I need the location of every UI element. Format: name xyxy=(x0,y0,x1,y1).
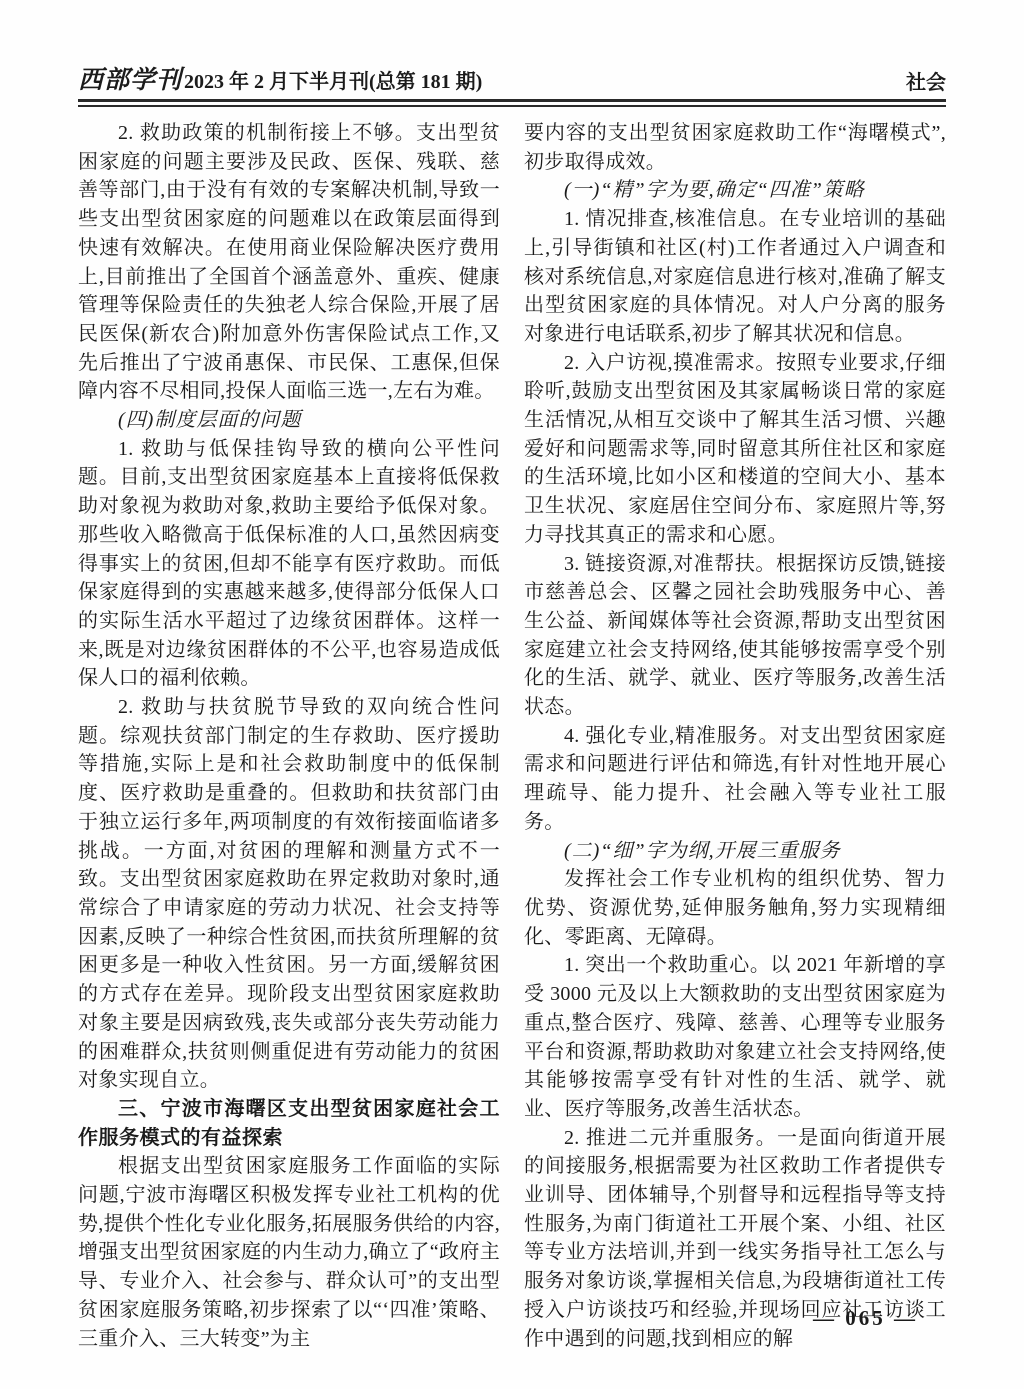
subsection-heading: (四)制度层面的问题 xyxy=(78,406,500,435)
journal-name: 西部学刊 xyxy=(78,67,182,94)
paragraph-continuation: 要内容的支出型贫困家庭救助工作“海曙模式”,初步取得成效。 xyxy=(524,119,946,176)
paragraph: 2. 救助与扶贫脱节导致的双向统合性问题。综观扶贫部门制定的生存救助、医疗援助等… xyxy=(78,693,500,1095)
article-body: 2. 救助政策的机制衔接上不够。支出型贫困家庭的问题主要涉及民政、医保、残联、慈… xyxy=(78,119,946,1353)
journal-page: 西部学刊2023 年 2 月下半月刊(总第 181 期) 社会 2. 救助政策的… xyxy=(0,0,1024,1389)
subsection-heading: (一)“精”字为要,确定“四准”策略 xyxy=(524,176,946,205)
right-column: 要内容的支出型贫困家庭救助工作“海曙模式”,初步取得成效。 (一)“精”字为要,… xyxy=(524,119,946,1353)
paragraph: 1. 突出一个救助重心。以 2021 年新增的享受 3000 元及以上大额救助的… xyxy=(524,951,946,1123)
paragraph: 4. 强化专业,精准服务。对支出型贫困家庭需求和问题进行评估和筛选,有针对性地开… xyxy=(524,722,946,837)
section-heading: 三、宁波市海曙区支出型贫困家庭社会工作服务模式的有益探索 xyxy=(78,1095,500,1152)
left-column: 2. 救助政策的机制衔接上不够。支出型贫困家庭的问题主要涉及民政、医保、残联、慈… xyxy=(78,119,500,1353)
paragraph: 发挥社会工作专业机构的组织优势、智力优势、资源优势,延伸服务触角,努力实现精细化… xyxy=(524,865,946,951)
issue-info: 2023 年 2 月下半月刊(总第 181 期) xyxy=(182,71,482,93)
paragraph: 2. 救助政策的机制衔接上不够。支出型贫困家庭的问题主要涉及民政、医保、残联、慈… xyxy=(78,119,500,406)
section-label: 社会 xyxy=(906,73,946,93)
paragraph: 2. 入户访视,摸准需求。按照专业要求,仔细聆听,鼓励支出型贫困及其家属畅谈日常… xyxy=(524,349,946,550)
paragraph: 3. 链接资源,对准帮扶。根据探访反馈,链接市慈善总会、区馨之园社会助残服务中心… xyxy=(524,550,946,722)
page-header: 西部学刊2023 年 2 月下半月刊(总第 181 期) 社会 xyxy=(78,0,946,93)
paragraph: 根据支出型贫困家庭服务工作面临的实际问题,宁波市海曙区积极发挥专业社工机构的优势… xyxy=(78,1152,500,1353)
paragraph: 1. 情况排查,核准信息。在专业培训的基础上,引导街镇和社区(村)工作者通过入户… xyxy=(524,205,946,349)
subsection-heading: (二)“细”字为纲,开展三重服务 xyxy=(524,837,946,866)
page-number: — 065 — xyxy=(813,1306,918,1331)
paragraph: 1. 救助与低保挂钩导致的横向公平性问题。目前,支出型贫困家庭基本上直接将低保救… xyxy=(78,435,500,693)
header-left: 西部学刊2023 年 2 月下半月刊(总第 181 期) xyxy=(78,68,482,93)
header-rule xyxy=(78,99,946,107)
